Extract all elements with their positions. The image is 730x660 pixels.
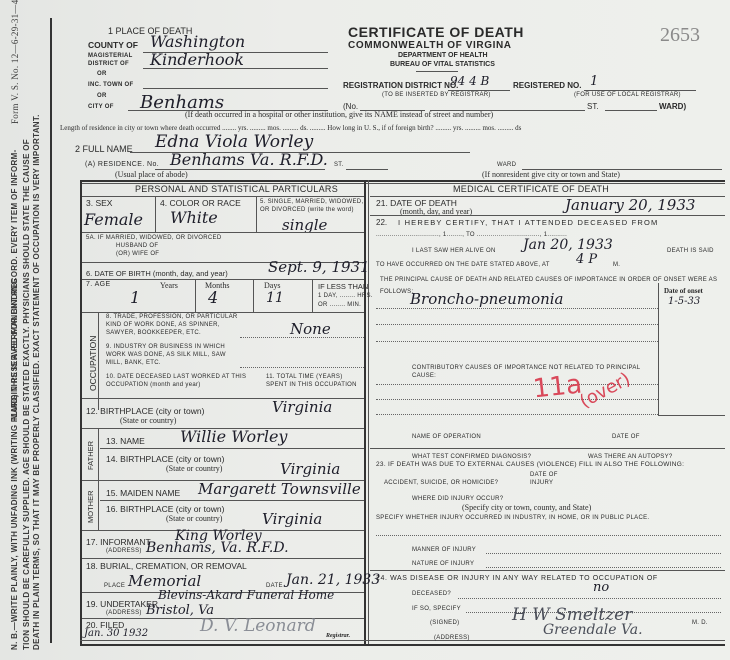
full-name-value: Edna Viola Worley [155,132,313,152]
date-of-death-value: January 20, 1933 [565,196,695,214]
father-name-value: Willie Worley [180,427,287,446]
occupation-related-answer: no [593,580,609,595]
commonwealth-title: COMMONWEALTH OF VIRGINA [348,40,512,51]
registration-district-value: 94 4 B [450,74,489,88]
race-value: White [170,208,218,227]
certificate-number: 2653 [660,24,700,47]
instructions-line-2: TION SHOULD BE CAREFULLY SUPPLIED. AGE S… [22,130,31,650]
certificate-title: CERTIFICATE OF DEATH [348,24,524,40]
residence-length-row: Length of residence in city or town wher… [60,124,521,132]
mother-name-value: Margarett Townsville [198,480,361,498]
filed-date-value: Jan. 30 1932 [84,628,148,639]
cause-of-death-value: Broncho-pneumonia [410,290,564,308]
department-label: DEPARTMENT OF HEALTH [398,52,488,59]
instructions-line-1: N. B.—WRITE PLAINLY, WITH UNFADING INK (… [10,150,19,650]
onset-date-value: 1-5-33 [668,296,700,307]
red-annotation-11a: 11a [532,370,584,405]
bureau-label: BUREAU OF VITAL STATISTICS [390,61,495,68]
instructions-line-3: DEATH IN PLAIN TERMS, SO THAT IT MAY BE … [32,130,41,650]
registered-number-value: 1 [590,74,598,89]
medical-heading: MEDICAL CERTIFICATE OF DEATH [453,184,609,194]
hospital-note: (If death occurred in a hospital or othe… [185,110,493,119]
burial-date-value: Jan. 21, 1933 [286,572,380,588]
county-value: Washington [150,32,245,51]
registrar-signature: D. V. Leonard [200,616,316,636]
binding-rule [50,18,52,643]
county-label: COUNTY OF [88,40,138,50]
time-of-death-value: 4 P [576,252,597,267]
age-days-value: 11 [266,290,284,306]
dob-value: Sept. 9, 1931 [268,258,370,276]
district-value: Kinderhook [150,50,244,69]
father-birthplace-value: Virginia [280,460,340,478]
father-heading: FATHER [86,434,95,476]
informant-address-value: Benhams, Va. R.F.D. [146,540,289,556]
age-months-value: 4 [208,288,218,307]
occupation-value: None [290,320,331,338]
death-certificate-scan: Form V. S. No. 12—6-29-31—40M. MARGIN RE… [0,0,730,660]
age-years-value: 1 [130,288,140,307]
mother-heading: MOTHER [86,486,95,528]
undertaker-value: Blevins-Akard Funeral Home [158,588,334,602]
last-saw-date-value: Jan 20, 1933 [523,237,613,253]
personal-heading: PERSONAL AND STATISTICAL PARTICULARS [135,184,338,194]
birthplace-value: Virginia [272,398,332,416]
residence-value: Benhams Va. R.F.D. [170,150,328,169]
occupation-heading: OCCUPATION [88,318,98,408]
mother-birthplace-value: Virginia [262,510,322,528]
physician-address: Greendale Va. [543,622,643,638]
form-number: Form V. S. No. 12—6-29-31—40M. [10,14,20,124]
sex-value: Female [84,210,143,229]
